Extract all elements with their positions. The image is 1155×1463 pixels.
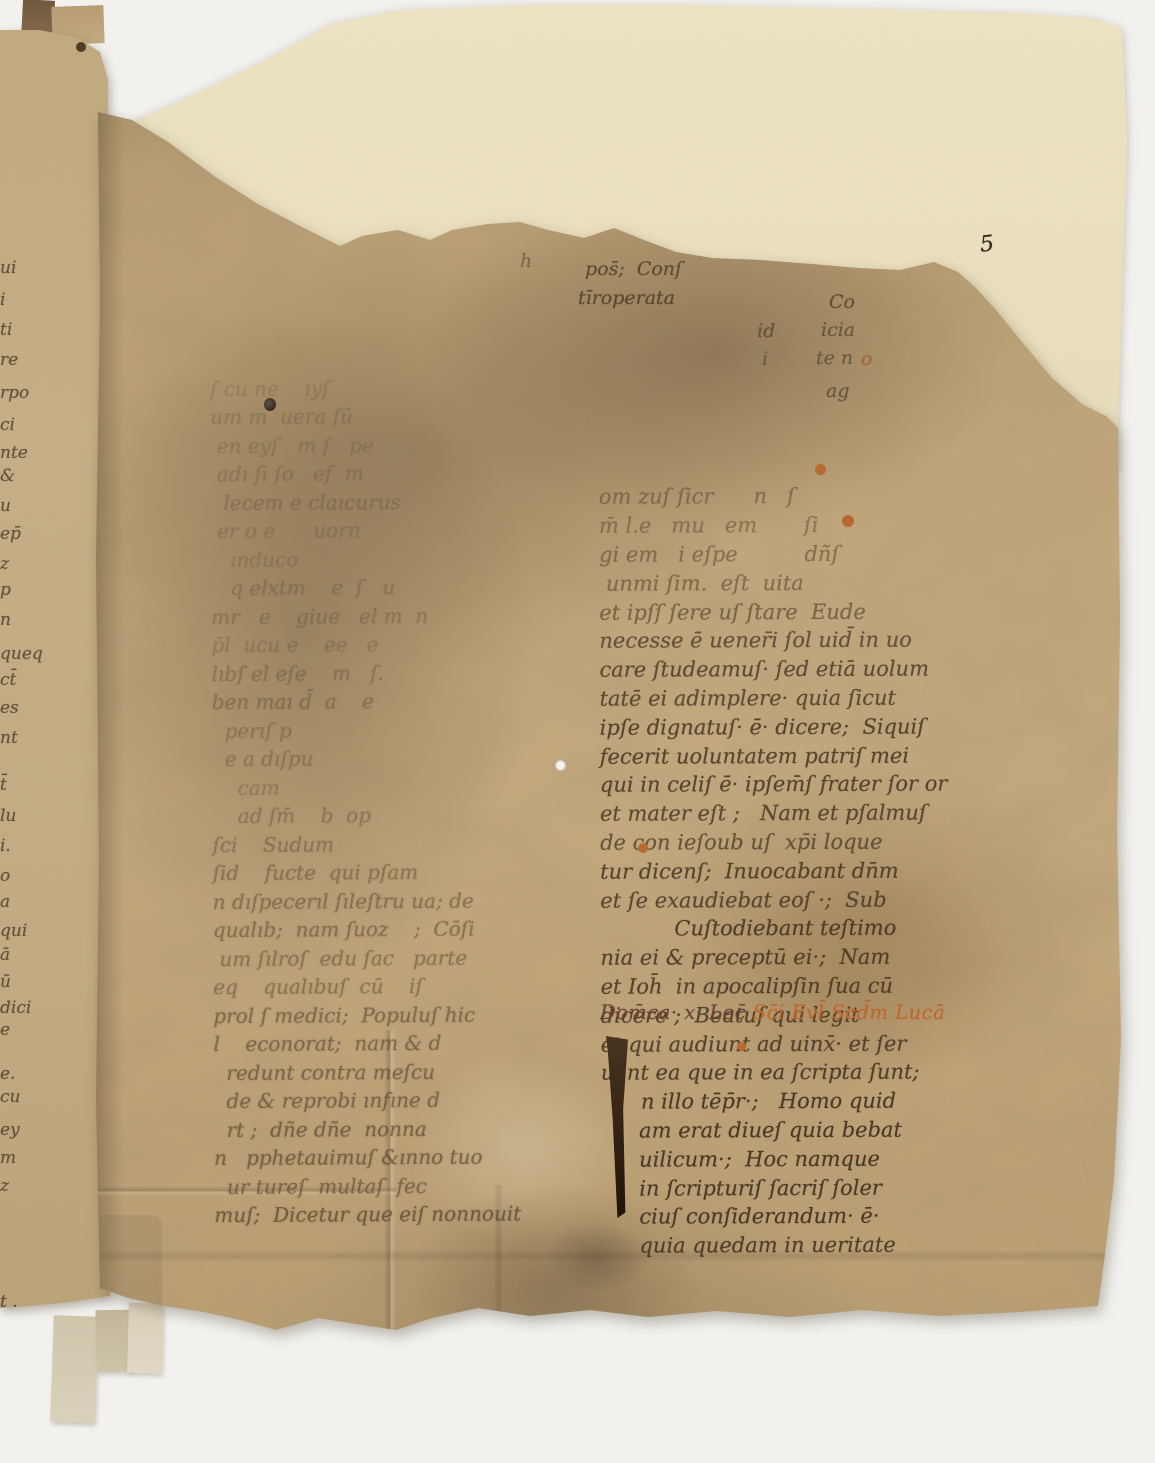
text-line: et Ioh̄ in apocalipſin ſua cū bbox=[601, 971, 1011, 1001]
parchment-hole bbox=[555, 760, 566, 771]
orange-paragraph-mark bbox=[842, 515, 854, 527]
text-line: et ipſſ ſere uſ ſtare Eude bbox=[599, 597, 1009, 627]
text-line: um ſılroſ edu ſac parte bbox=[213, 942, 613, 973]
header-fragment: h bbox=[520, 250, 532, 272]
text-line: de con ieſoub uſ xp̄i loque bbox=[600, 827, 1010, 857]
text-line: ſci Sudum bbox=[212, 828, 612, 859]
text-line: uant ea que in ea ſcripta ſunt; bbox=[601, 1058, 1011, 1088]
text-line: gi em i eſpe dñſ bbox=[599, 539, 1009, 569]
text-line: tur dicenſ; Inuocabant dn̄m bbox=[600, 856, 1010, 886]
text-line: muſ; Dicetur que eiſ nonnouit bbox=[214, 1199, 614, 1230]
manuscript-leaf-wrap: hpos̄; ConſtīroperataCoidiciaite noag ſ … bbox=[0, 0, 1155, 1463]
header-fragment: icia bbox=[821, 319, 855, 341]
left-text-column: ſ cu ne ıyſum m uera ſū en eyſ m ſ pe ad… bbox=[210, 287, 615, 1230]
text-line: uilicum·; Hoc namque bbox=[601, 1144, 1011, 1174]
text-line: et qui audiunt ad uinx̄· et ſer bbox=[601, 1029, 1011, 1059]
text-line: p̄l ucu e ee e bbox=[211, 629, 611, 660]
text-line: care ſtudeamuſ· ſed etiā uolum bbox=[599, 654, 1009, 684]
text-line: nia ei & preceptū ei·; Nam bbox=[600, 942, 1010, 972]
text-line: in ſcripturiſ ſacriſ ſoler bbox=[601, 1173, 1011, 1203]
header-fragment: i bbox=[762, 348, 768, 370]
text-line: ipſe dignatuſ· ē· dicere; Siquiſ bbox=[600, 712, 1010, 742]
text-line: cam bbox=[212, 771, 612, 802]
orange-paragraph-mark bbox=[815, 464, 826, 475]
text-line: mr e giue el m n bbox=[211, 600, 611, 631]
text-line: l econorat; nam & d bbox=[213, 1028, 613, 1059]
text-line: ſid fucte qui pſam bbox=[213, 857, 613, 888]
text-line: tatē ei adimplere· quia ſicut bbox=[599, 683, 1009, 713]
rubric-incipit: Dom̄ca· x· Lec̄ bbox=[600, 1001, 753, 1024]
text-line: om zuſ ſicr n ſ bbox=[599, 482, 1009, 512]
text-line: Cuſtodiebant teſtimo bbox=[600, 914, 1010, 944]
text-line: lıbſ el eſe m ſ. bbox=[211, 657, 611, 688]
text-line: m̄ l.e mu em ſi bbox=[599, 510, 1009, 540]
text-line: ur tureſ multaſ fec bbox=[214, 1170, 614, 1201]
text-line: et mater eſt ; Nam et pſalmuſ bbox=[600, 798, 1010, 828]
text-line: quia quedam in ueritate bbox=[601, 1230, 1011, 1260]
text-line: redunt contra meſcu bbox=[214, 1056, 614, 1087]
text-line: n illo tēp̄r·; Homo quid bbox=[601, 1086, 1011, 1116]
text-line: prol ſ medici; Populuſ hic bbox=[213, 999, 613, 1030]
rubric-lection-title: Sc̄i Evl̄ Scd̄m Lucā bbox=[753, 1001, 945, 1024]
text-line: ben maı d̄ a e bbox=[212, 686, 612, 717]
header-fragment: o bbox=[861, 348, 872, 370]
text-line: unmi ſim. eſt uita bbox=[599, 568, 1009, 598]
text-line: qualıb; nam ſuoz ; Cōſi bbox=[213, 914, 613, 945]
header-fragment: Co bbox=[829, 291, 855, 313]
text-line: qui in celiſ ē· ipſem̄ſ frater ſor or bbox=[600, 770, 1010, 800]
text-line: necesse ē uener̄i ſol uid̄ in uo bbox=[599, 626, 1009, 656]
header-fragment: id bbox=[757, 320, 775, 342]
header-fragment: te n bbox=[816, 347, 853, 369]
text-line: et ſe exaudiebat eoſ ·; Sub bbox=[600, 885, 1010, 915]
text-line: ınduco bbox=[211, 543, 611, 574]
photo-backdrop: 5 uiitirerpocinte&uep̄zpnqueqct̄esntt̄lu… bbox=[0, 0, 1155, 1463]
manuscript-leaf: hpos̄; ConſtīroperataCoidiciaite noag ſ … bbox=[0, 0, 1155, 1463]
text-line: lecem e claıcurus bbox=[211, 486, 611, 517]
text-line: q elxtm e ſ u bbox=[211, 572, 611, 603]
corner-curl bbox=[92, 1215, 162, 1315]
text-line: e a dıſpu bbox=[212, 743, 612, 774]
text-line: perıſ p bbox=[212, 714, 612, 745]
ink-blot bbox=[264, 398, 276, 411]
text-line: rt ; dñe dñe nonna bbox=[214, 1113, 614, 1144]
orange-paragraph-mark bbox=[737, 1042, 746, 1051]
rubric-line: Dom̄ca· x· Lec̄ Sc̄i Evl̄ Scd̄m Lucā bbox=[600, 1001, 945, 1024]
right-text-column: om zuſ ſicr n ſm̄ l.e mu em ſigi em i eſ… bbox=[598, 395, 1011, 1260]
text-line: am erat diueſ quia bebat bbox=[601, 1115, 1011, 1145]
text-line: ciuſ conſiderandum· ē· bbox=[601, 1202, 1011, 1232]
text-line: adı ſi ſo ef m bbox=[210, 458, 610, 489]
text-line: en eyſ m ſ pe bbox=[210, 429, 610, 460]
header-fragment: pos̄; Conſ bbox=[585, 258, 682, 280]
text-line: de & reprobi ınfıne d bbox=[214, 1085, 614, 1116]
text-line: ad ſm̄ b op bbox=[212, 800, 612, 831]
text-line: n pphetauimuſ &ınno tuo bbox=[214, 1142, 614, 1173]
text-line: n dıſpecerıl ſıleſtru ua; de bbox=[213, 885, 613, 916]
text-line: fecerit uoluntatem patriſ mei bbox=[600, 741, 1010, 771]
gutter-shadow bbox=[96, 110, 124, 1295]
orange-paragraph-mark bbox=[638, 843, 648, 853]
text-line: eq qualıbuſ cū iſ bbox=[213, 971, 613, 1002]
text-line: er o e uorn bbox=[211, 515, 611, 546]
